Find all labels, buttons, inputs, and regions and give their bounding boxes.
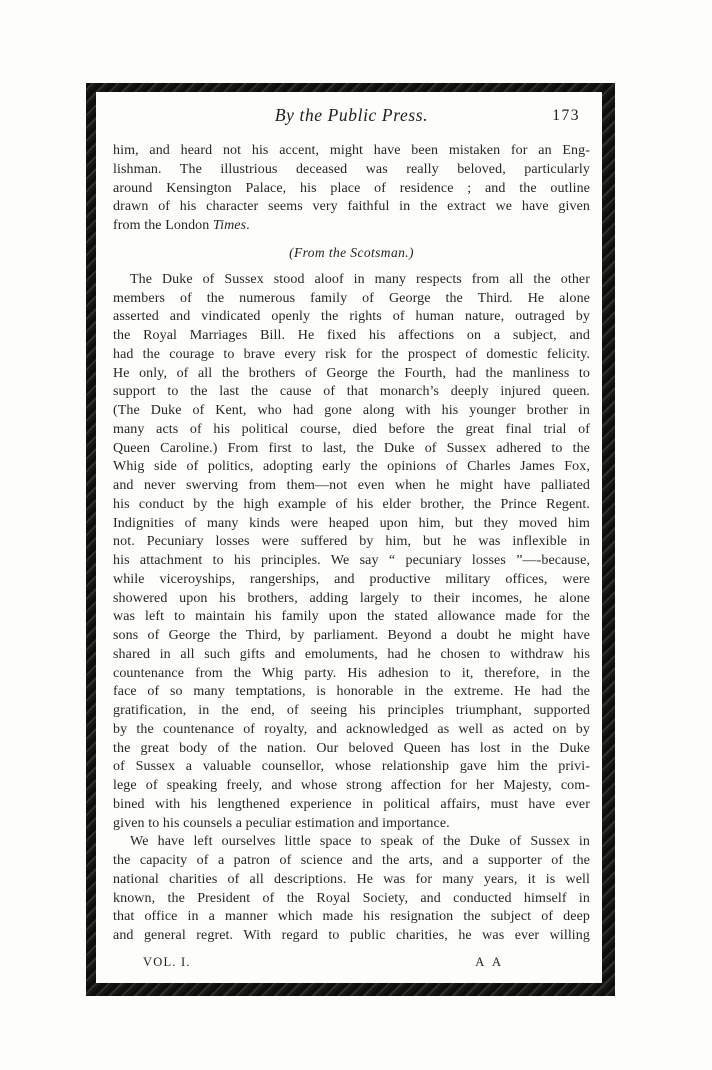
page-number: 173 xyxy=(552,107,580,125)
text-line: He only, of all the brothers of George t… xyxy=(113,365,590,384)
text-line: asserted and vindicated openly the right… xyxy=(113,308,590,327)
text-line: (The Duke of Kent, who had gone along wi… xyxy=(113,402,590,421)
text-line: face of so many temptations, is honorabl… xyxy=(113,683,590,702)
text-line: countenance from the Whig party. His adh… xyxy=(113,665,590,684)
text-line: bined with his lengthened experience in … xyxy=(113,796,590,815)
text-line: showered upon his brothers, adding large… xyxy=(113,590,590,609)
text-line: not. Pecuniary losses were suffered by h… xyxy=(113,533,590,552)
text-line: lishman. The illustrious deceased was re… xyxy=(113,161,590,180)
text-line: was left to maintain his family upon the… xyxy=(113,608,590,627)
section-heading: (From the Scotsman.) xyxy=(113,244,590,262)
text-line: shared in all such gifts and emoluments,… xyxy=(113,646,590,665)
text-line: of Sussex a valuable counsellor, whose r… xyxy=(113,758,590,777)
paragraph: him, and heard not his accent, might hav… xyxy=(113,142,590,236)
text-line: him, and heard not his accent, might hav… xyxy=(113,142,590,161)
text-line: support to the last the cause of that mo… xyxy=(113,383,590,402)
text-line: Whig side of politics, adopting early th… xyxy=(113,458,590,477)
text-line: many acts of his political course, died … xyxy=(113,421,590,440)
text-line: national charities of all descriptions. … xyxy=(113,871,590,890)
text-line: the great body of the nation. Our belove… xyxy=(113,740,590,759)
text-line: around Kensington Palace, his place of r… xyxy=(113,180,590,199)
text-line: by the countenance of royalty, and ackno… xyxy=(113,721,590,740)
text-line: his attachment to his principles. We say… xyxy=(113,552,590,571)
running-head-title: By the Public Press. xyxy=(113,105,590,126)
text-line: while viceroyships, rangerships, and pro… xyxy=(113,571,590,590)
text-line: had the courage to brave every risk for … xyxy=(113,346,590,365)
printer-signature-mark: A A xyxy=(475,955,504,970)
text-line: members of the numerous family of George… xyxy=(113,290,590,309)
text-line: The Duke of Sussex stood aloof in many r… xyxy=(113,271,590,290)
page-footer: VOL. I. A A xyxy=(113,955,590,970)
document-body: him, and heard not his accent, might hav… xyxy=(113,142,590,946)
running-head: By the Public Press. 173 xyxy=(113,105,590,130)
text-line: and never swerving from them—not even wh… xyxy=(113,477,590,496)
text-line: gratification, in the end, of seeing his… xyxy=(113,702,590,721)
text-line: We have left ourselves little space to s… xyxy=(113,833,590,852)
text-line: given to his counsels a peculiar estimat… xyxy=(113,815,590,834)
text-line: known, the President of the Royal Societ… xyxy=(113,890,590,909)
paragraph: We have left ourselves little space to s… xyxy=(113,833,590,946)
scanned-book-page: By the Public Press. 173 him, and heard … xyxy=(0,0,712,1070)
text-line: his conduct by the high example of his e… xyxy=(113,496,590,515)
text-line: the capacity of a patron of science and … xyxy=(113,852,590,871)
volume-label: VOL. I. xyxy=(143,955,191,970)
text-line: Indignities of many kinds were heaped up… xyxy=(113,515,590,534)
text-line: sons of George the Third, by parliament.… xyxy=(113,627,590,646)
text-line: the Royal Marriages Bill. He fixed his a… xyxy=(113,327,590,346)
paragraph: The Duke of Sussex stood aloof in many r… xyxy=(113,271,590,834)
text-line: lege of speaking freely, and whose stron… xyxy=(113,777,590,796)
text-line: from the London Times. xyxy=(113,217,590,236)
page-border-frame: By the Public Press. 173 him, and heard … xyxy=(86,83,615,996)
text-line: drawn of his character seems very faithf… xyxy=(113,198,590,217)
text-line: and general regret. With regard to publi… xyxy=(113,927,590,946)
text-line: Queen Caroline.) From first to last, the… xyxy=(113,440,590,459)
page-content: By the Public Press. 173 him, and heard … xyxy=(96,92,602,983)
text-line: that office in a manner which made his r… xyxy=(113,908,590,927)
